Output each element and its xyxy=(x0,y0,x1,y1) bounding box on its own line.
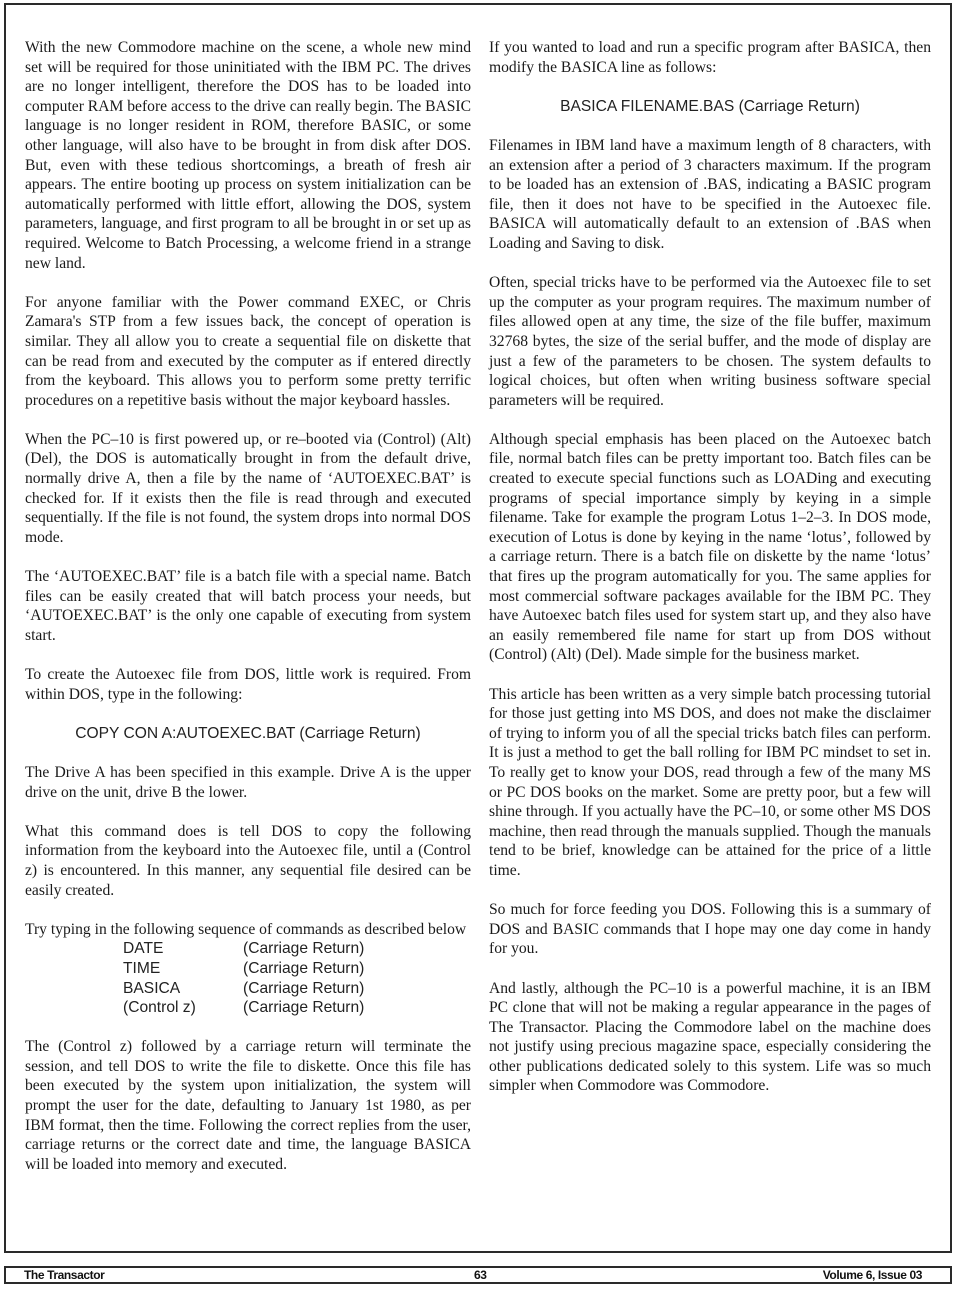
command-copy-con: COPY CON A:AUTOEXEC.BAT (Carriage Return… xyxy=(25,724,471,744)
paragraph-special-tricks: Often, special tricks have to be perform… xyxy=(489,273,931,410)
command-action: (Carriage Return) xyxy=(243,959,364,979)
command-row: (Control z) (Carriage Return) xyxy=(123,998,364,1018)
command-name: BASICA xyxy=(123,979,243,999)
paragraph-batch-files: Although special emphasis has been place… xyxy=(489,430,931,665)
command-row: DATE (Carriage Return) xyxy=(123,939,364,959)
paragraph-exec-comparison: For anyone familiar with the Power comma… xyxy=(25,293,471,411)
paragraph-summary-intro: So much for force feeding you DOS. Follo… xyxy=(489,900,931,959)
paragraph-try-typing: Try typing in the following sequence of … xyxy=(25,920,471,940)
paragraph-create-autoexec: To create the Autoexec file from DOS, li… xyxy=(25,665,471,704)
paragraph-conclusion: And lastly, although the PC–10 is a powe… xyxy=(489,979,931,1097)
paragraph-filenames: Filenames in IBM land have a maximum len… xyxy=(489,136,931,254)
paragraph-command-explained: What this command does is tell DOS to co… xyxy=(25,822,471,900)
paragraph-control-z: The (Control z) followed by a carriage r… xyxy=(25,1037,471,1174)
paragraph-autoexec-special: The ‘AUTOEXEC.BAT’ file is a batch file … xyxy=(25,567,471,645)
paragraph-drive-a: The Drive A has been specified in this e… xyxy=(25,763,471,802)
paragraph-specific-program: If you wanted to load and run a specific… xyxy=(489,38,931,77)
right-column: If you wanted to load and run a specific… xyxy=(489,38,931,1116)
command-basica-filename: BASICA FILENAME.BAS (Carriage Return) xyxy=(489,97,931,117)
command-action: (Carriage Return) xyxy=(243,979,364,999)
footer-issue: Volume 6, Issue 03 xyxy=(823,1268,922,1282)
paragraph-boot-process: When the PC–10 is first powered up, or r… xyxy=(25,430,471,548)
command-action: (Carriage Return) xyxy=(243,939,364,959)
command-row: BASICA (Carriage Return) xyxy=(123,979,364,999)
command-name: DATE xyxy=(123,939,243,959)
footer-page-number: 63 xyxy=(474,1268,487,1282)
paragraph-tutorial-disclaimer: This article has been written as a very … xyxy=(489,685,931,881)
command-name: (Control z) xyxy=(123,998,243,1018)
page-footer: The Transactor 63 Volume 6, Issue 03 xyxy=(4,1266,952,1284)
command-row: TIME (Carriage Return) xyxy=(123,959,364,979)
command-sequence-table: DATE (Carriage Return) TIME (Carriage Re… xyxy=(123,939,364,1017)
footer-publication: The Transactor xyxy=(24,1268,104,1282)
paragraph-intro: With the new Commodore machine on the sc… xyxy=(25,38,471,273)
command-name: TIME xyxy=(123,959,243,979)
left-column: With the new Commodore machine on the sc… xyxy=(25,38,471,1194)
command-action: (Carriage Return) xyxy=(243,998,364,1018)
